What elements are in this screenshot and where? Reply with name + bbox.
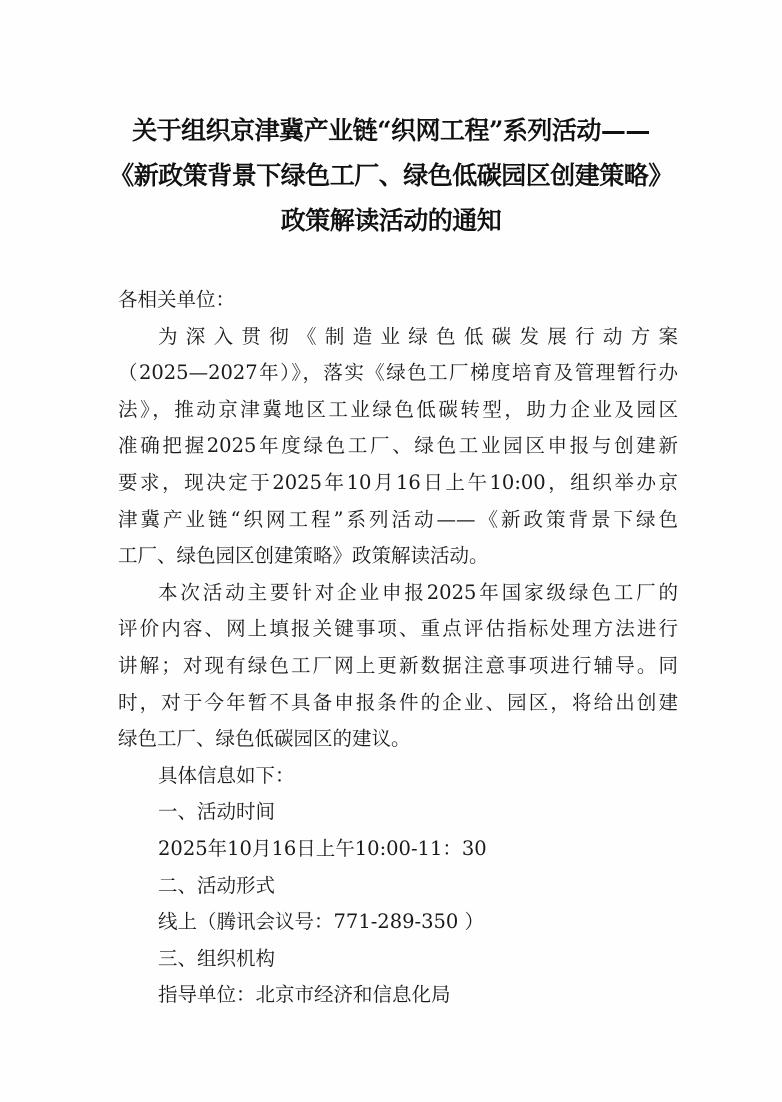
section-content-time: 2025年10月16日上午10:00-11：30 (118, 831, 678, 868)
paragraph-1: 为深入贯彻《制造业绿色低碳发展行动方案 （2025—2027年）》，落实《绿色工… (118, 319, 678, 575)
paragraph-line: 本次活动主要针对企业申报2025年国家级绿色工厂的 (118, 575, 678, 612)
paragraph-2: 本次活动主要针对企业申报2025年国家级绿色工厂的 评价内容、网上填报关键事项、… (118, 575, 678, 758)
document-page: 关于组织京津冀产业链“织网工程”系列活动—— 《新政策背景下绿色工厂、绿色低碳园… (0, 0, 782, 1102)
title-line-3: 政策解读活动的通知 (100, 198, 682, 243)
document-title: 关于组织京津冀产业链“织网工程”系列活动—— 《新政策背景下绿色工厂、绿色低碳园… (100, 108, 682, 243)
title-line-1: 关于组织京津冀产业链“织网工程”系列活动—— (100, 108, 682, 153)
section-content-format: 线上（腾讯会议号：771-289-350 ） (118, 904, 678, 941)
paragraph-line: 时，对于今年暂不具备申报条件的企业、园区，将给出创建 (118, 685, 678, 722)
section-content-organization: 指导单位：北京市经济和信息化局 (118, 977, 678, 1014)
salutation: 各相关单位： (118, 282, 678, 319)
paragraph-line: 要求，现决定于2025年10月16日上午10:00，组织举办京 (118, 465, 678, 502)
document-body: 各相关单位： 为深入贯彻《制造业绿色低碳发展行动方案 （2025—2027年）》… (118, 282, 678, 1014)
paragraph-line: 法》，推动京津冀地区工业绿色低碳转型，助力企业及园区 (118, 392, 678, 429)
section-heading-format: 二、活动形式 (118, 868, 678, 905)
title-line-2: 《新政策背景下绿色工厂、绿色低碳园区创建策略》 (100, 153, 682, 198)
paragraph-line: （2025—2027年）》，落实《绿色工厂梯度培育及管理暂行办 (118, 355, 678, 392)
section-heading-organization: 三、组织机构 (118, 941, 678, 978)
paragraph-line: 评价内容、网上填报关键事项、重点评估指标处理方法进行 (118, 611, 678, 648)
paragraph-line: 准确把握2025年度绿色工厂、绿色工业园区申报与创建新 (118, 428, 678, 465)
details-intro: 具体信息如下： (118, 758, 678, 795)
paragraph-line: 绿色工厂、绿色低碳园区的建议。 (118, 721, 678, 758)
paragraph-line: 讲解；对现有绿色工厂网上更新数据注意事项进行辅导。同 (118, 648, 678, 685)
paragraph-line: 津冀产业链“织网工程”系列活动——《新政策背景下绿色 (118, 502, 678, 539)
paragraph-line: 为深入贯彻《制造业绿色低碳发展行动方案 (118, 319, 678, 356)
paragraph-line: 工厂、绿色园区创建策略》政策解读活动。 (118, 538, 678, 575)
section-heading-time: 一、活动时间 (118, 794, 678, 831)
